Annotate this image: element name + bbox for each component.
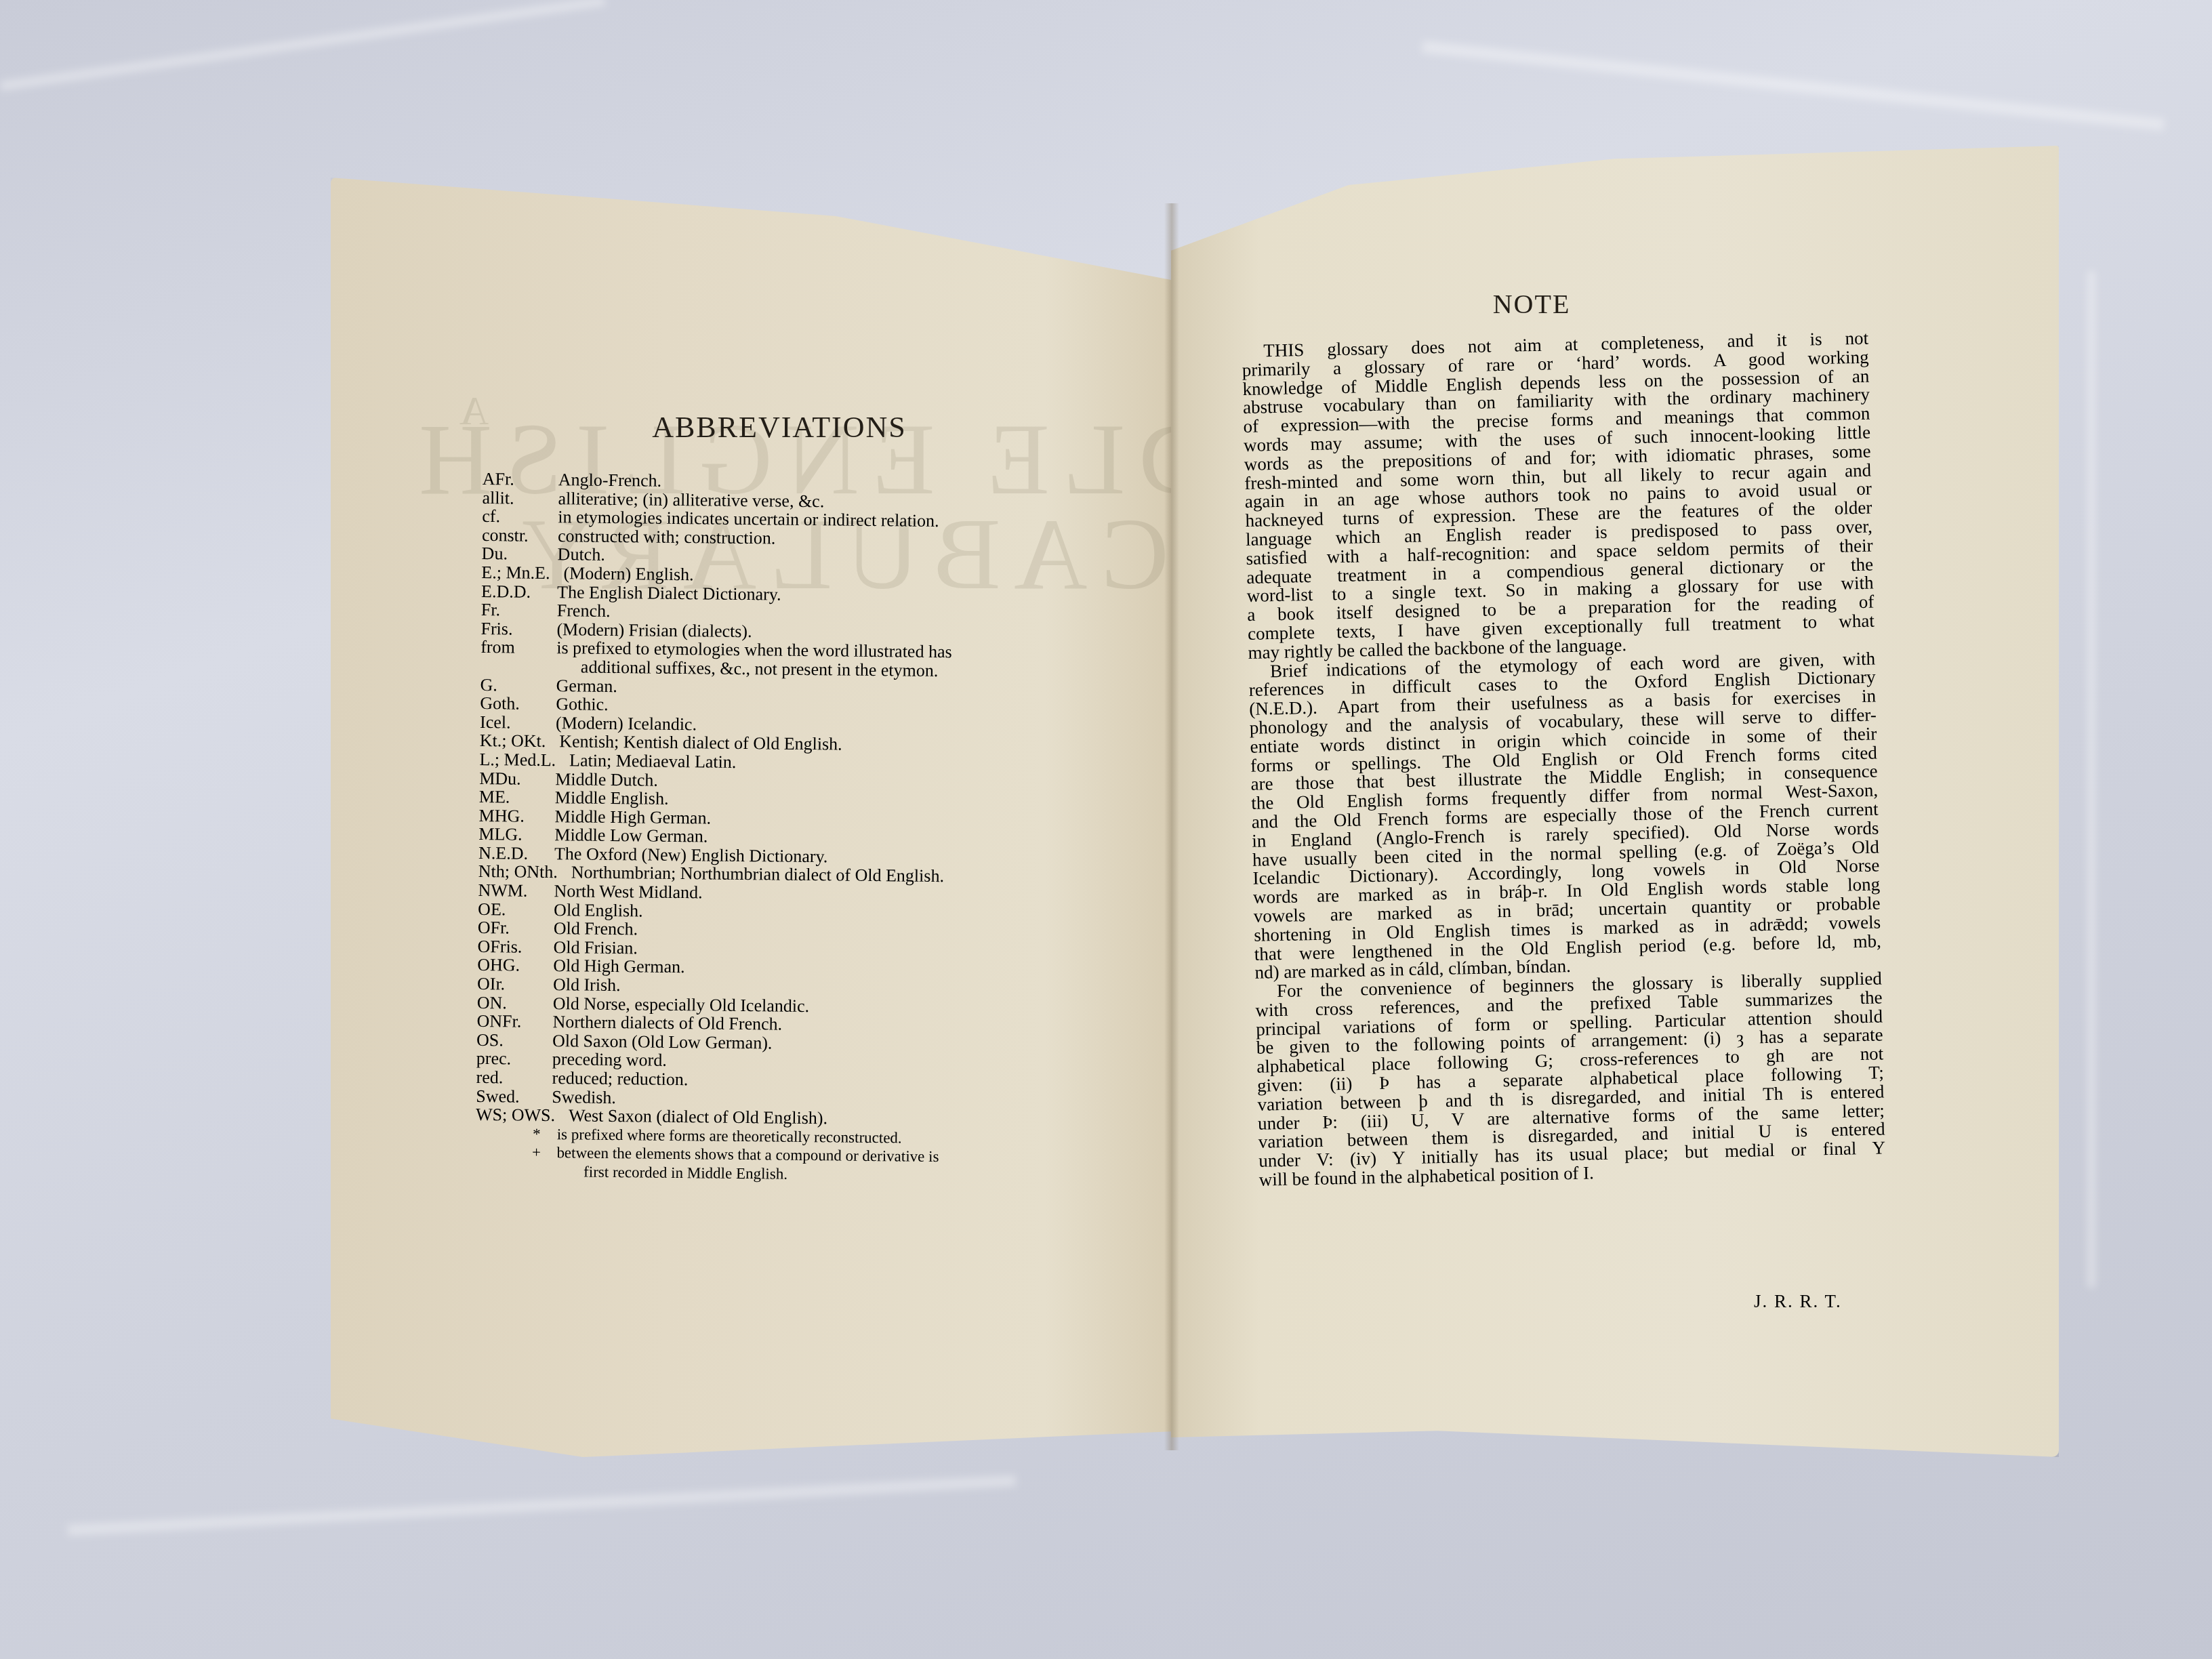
abbreviation-key: ME. xyxy=(479,787,555,807)
abbreviation-key: Nth; ONth. xyxy=(478,862,558,882)
abbreviation-key: NWM. xyxy=(478,881,554,901)
abbreviation-key: WS; OWS. xyxy=(476,1105,555,1125)
abbreviation-key: MLG. xyxy=(478,825,554,844)
note-paragraph: For the convenience of beginners the glo… xyxy=(1255,970,1886,1190)
abbreviation-key: allit. xyxy=(482,489,558,508)
abbreviation-key: OS. xyxy=(476,1031,552,1050)
abbreviations-list: AFr.Anglo-French.allit.alliterative; (in… xyxy=(475,470,1079,1187)
marble-vein xyxy=(68,1475,1016,1536)
marble-vein xyxy=(2087,271,2095,1288)
abbreviation-key: prec. xyxy=(476,1049,552,1069)
note-paragraph: THIS glossary does not aim at completene… xyxy=(1242,329,1875,663)
abbreviation-key: from xyxy=(480,638,556,657)
abbreviation-key: E.D.D. xyxy=(481,582,557,602)
book-spine-gutter xyxy=(1164,203,1179,1450)
abbreviation-key: Goth. xyxy=(480,694,556,714)
marble-vein xyxy=(1422,41,2165,131)
abbreviation-key: Fr. xyxy=(481,600,557,620)
abbreviation-key: G. xyxy=(480,676,556,695)
signature: J. R. R. T. xyxy=(1754,1291,1842,1312)
note-paragraph: Brief indications of the etymology of ea… xyxy=(1248,649,1882,983)
abbreviation-key: OFr. xyxy=(478,918,554,938)
abbreviations-title: ABBREVIATIONS xyxy=(644,410,915,445)
note-title: NOTE xyxy=(1443,288,1620,320)
abbreviation-key: OE. xyxy=(478,900,554,920)
abbreviation-key: MHG. xyxy=(479,806,555,826)
abbreviation-key: ONFr. xyxy=(476,1012,552,1031)
abbreviation-key: constr. xyxy=(482,526,558,546)
abbreviation-key: Fris. xyxy=(480,619,556,639)
abbreviation-key: Du. xyxy=(482,544,558,564)
abbreviation-key: L.; Med.L. xyxy=(479,750,556,770)
abbreviation-key: N.E.D. xyxy=(478,844,554,863)
abbreviation-key: cf. xyxy=(482,507,558,527)
abbreviation-key: Icel. xyxy=(480,713,556,733)
note-body: THIS glossary does not aim at completene… xyxy=(1242,329,1886,1190)
abbreviation-key: Swed. xyxy=(476,1087,552,1107)
abbreviation-key: OHG. xyxy=(477,956,553,975)
marble-vein xyxy=(0,0,605,91)
abbreviation-key: OFris. xyxy=(477,937,553,957)
plus-symbol: + xyxy=(516,1143,556,1162)
abbreviation-key: Kt.; OKt. xyxy=(480,731,546,751)
abbreviation-key: ON. xyxy=(477,994,553,1013)
abbreviation-key: red. xyxy=(476,1068,552,1088)
asterisk-symbol: * xyxy=(516,1124,557,1143)
abbreviation-key: E.; Mn.E. xyxy=(481,563,550,583)
abbreviation-key: OIr. xyxy=(477,975,553,994)
abbreviation-key: AFr. xyxy=(483,470,558,489)
abbreviation-key: MDu. xyxy=(479,769,555,788)
